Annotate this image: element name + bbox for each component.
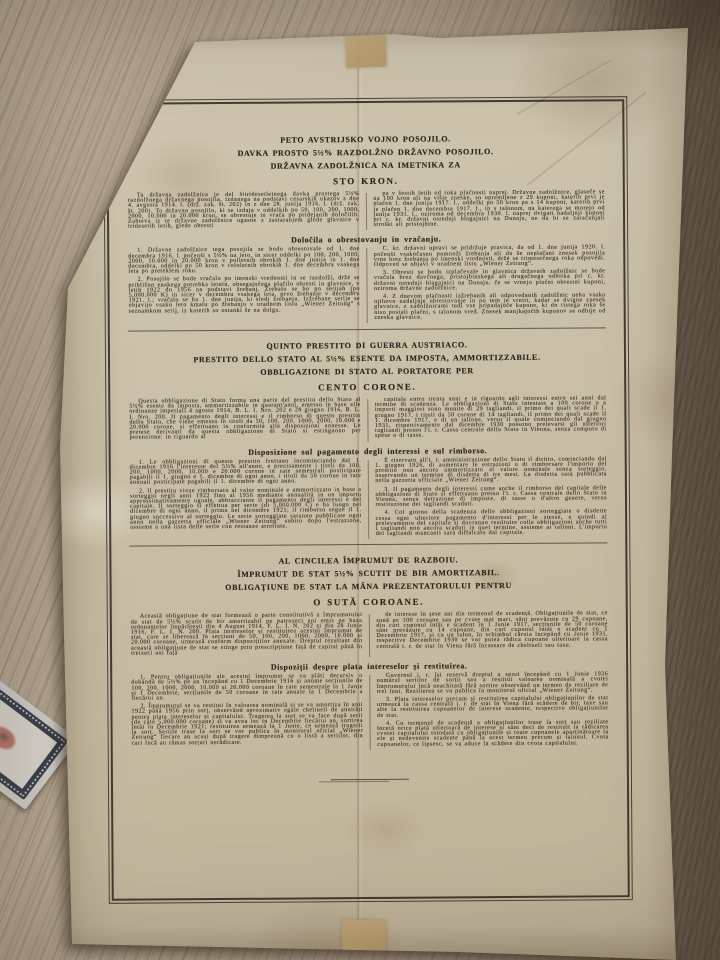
intro-columns: Această obligațiune de stat formează o p… <box>124 612 614 660</box>
intro-columns: Questa obbligazione di Stato forma una p… <box>122 396 612 444</box>
bottom-short-rule <box>331 778 409 780</box>
section-romanian: AL CINCILEA ÎMPRUMUT DE RAZBOIU. ÎMPRUMU… <box>123 553 614 753</box>
terms-paragraph: 4. Cu termenul de scadență a obligațiuni… <box>377 720 609 748</box>
terms-right-column: C. kr. državni upravi se pridržuje pravi… <box>367 246 612 324</box>
terms-right-column: È riservato all'i. r. amministrazione de… <box>368 457 613 541</box>
printed-border-frame-inner: PETO AVSTRIJSKO VOJNO POSOJILO. DAVKA PR… <box>106 99 630 901</box>
intro-right-paragraph: pa v šestih letih od roka plačnosti napr… <box>366 190 611 228</box>
terms-left-column: 1. Pentru obligațiunile ale acestui împr… <box>124 674 369 752</box>
terms-columns: 1. Državne zadolžnice tega posojila se b… <box>121 246 612 326</box>
terms-paragraph: 3. Obresti se bodo izplačevale in glavni… <box>374 270 606 292</box>
terms-paragraph: 2. Il prestito viene rimborsato al valor… <box>130 488 362 531</box>
intro-left-paragraph: Questa obbligazione di Stato forma una p… <box>122 398 367 441</box>
terms-paragraph: 4. Col giorno della scadenza delle obbli… <box>376 510 608 538</box>
terms-paragraph: 1. Državne zadolžnice tega posojila se b… <box>128 247 360 275</box>
section-subheading: Disposizione sul pagamento degli interes… <box>123 445 613 457</box>
section-slovenian: PETO AVSTRIJSKO VOJNO POSOJILO. DAVKA PR… <box>120 131 611 326</box>
denomination-line: STO KRON. <box>121 172 611 190</box>
terms-right-column: Guvernul i. r. își rezervă dreptul a spo… <box>370 672 615 750</box>
section-italian: QUINTO PRESTITO DI GUERRA AUSTRIACO. PRE… <box>122 337 613 542</box>
terms-paragraph: 1. Pentru obligațiunile ale acestui împr… <box>131 674 363 702</box>
terms-paragraph: 2. Posojilo se bode vračalo po imenski v… <box>128 276 360 314</box>
terms-left-column: 1. Državne zadolžnice tega posojila se b… <box>121 247 366 325</box>
denomination-line: O SUTĂ COROANE. <box>124 594 614 612</box>
section-divider-rule <box>128 327 606 331</box>
terms-left-column: 1. Le obbligazioni di questo prestito fr… <box>123 459 368 543</box>
terms-paragraph: 2. Împrumutul se va restitui în valoarea… <box>131 703 363 746</box>
intro-right-paragraph: de interese în șese ani din termenul de … <box>369 612 614 655</box>
bond-paper-sheet: PETO AVSTRIJSKO VOJNO POSOJILO. DAVKA PR… <box>58 26 690 960</box>
terms-paragraph: È riservato all'i. r. amministrazione de… <box>375 457 607 485</box>
terms-paragraph: C. kr. državni upravi se pridržuje pravi… <box>374 246 606 268</box>
denomination-line: CENTO CORONE. <box>122 378 612 396</box>
bond-document: PETO AVSTRIJSKO VOJNO POSOJILO. DAVKA PR… <box>0 0 720 960</box>
intro-columns: Ta državna zadolžnica je del štiridesetl… <box>121 190 611 233</box>
terms-paragraph: 1. Le obbligazioni di questo prestito fr… <box>130 459 362 487</box>
section-divider-rule <box>129 543 607 547</box>
title-line: OBLIGAȚIUNE DE STAT LA MÂNA PREZENTATORU… <box>124 579 614 595</box>
terms-paragraph: Guvernul i. r. își rezervă dreptul a spo… <box>377 672 609 694</box>
printed-border-frame: PETO AVSTRIJSKO VOJNO POSOJILO. DAVKA PR… <box>103 96 633 904</box>
intro-left-paragraph: Această obligațiune de stat formează o p… <box>124 613 369 656</box>
terms-paragraph: 4. Z dnevom plačnosti izžrebanih ali odp… <box>374 293 606 321</box>
terms-columns: 1. Pentru obligațiunile ale acestui împr… <box>124 672 615 752</box>
intro-right-paragraph: capitale entro trenta anni e in riguardo… <box>368 396 613 439</box>
terms-paragraph: 3. Il pagamento degli interessi come anc… <box>375 486 607 508</box>
terms-paragraph: 3. Plata intereselor precum și restituir… <box>377 696 609 718</box>
intro-left-paragraph: Ta državna zadolžnica je del štiridesetl… <box>121 192 366 230</box>
tape-bottom <box>342 920 387 959</box>
title-line: DRŽAVNA ZADOLŽNICA NA IMETNIKA ZA <box>121 157 611 173</box>
tape-top <box>345 35 386 67</box>
terms-columns: 1. Le obbligazioni di questo prestito fr… <box>123 457 614 542</box>
